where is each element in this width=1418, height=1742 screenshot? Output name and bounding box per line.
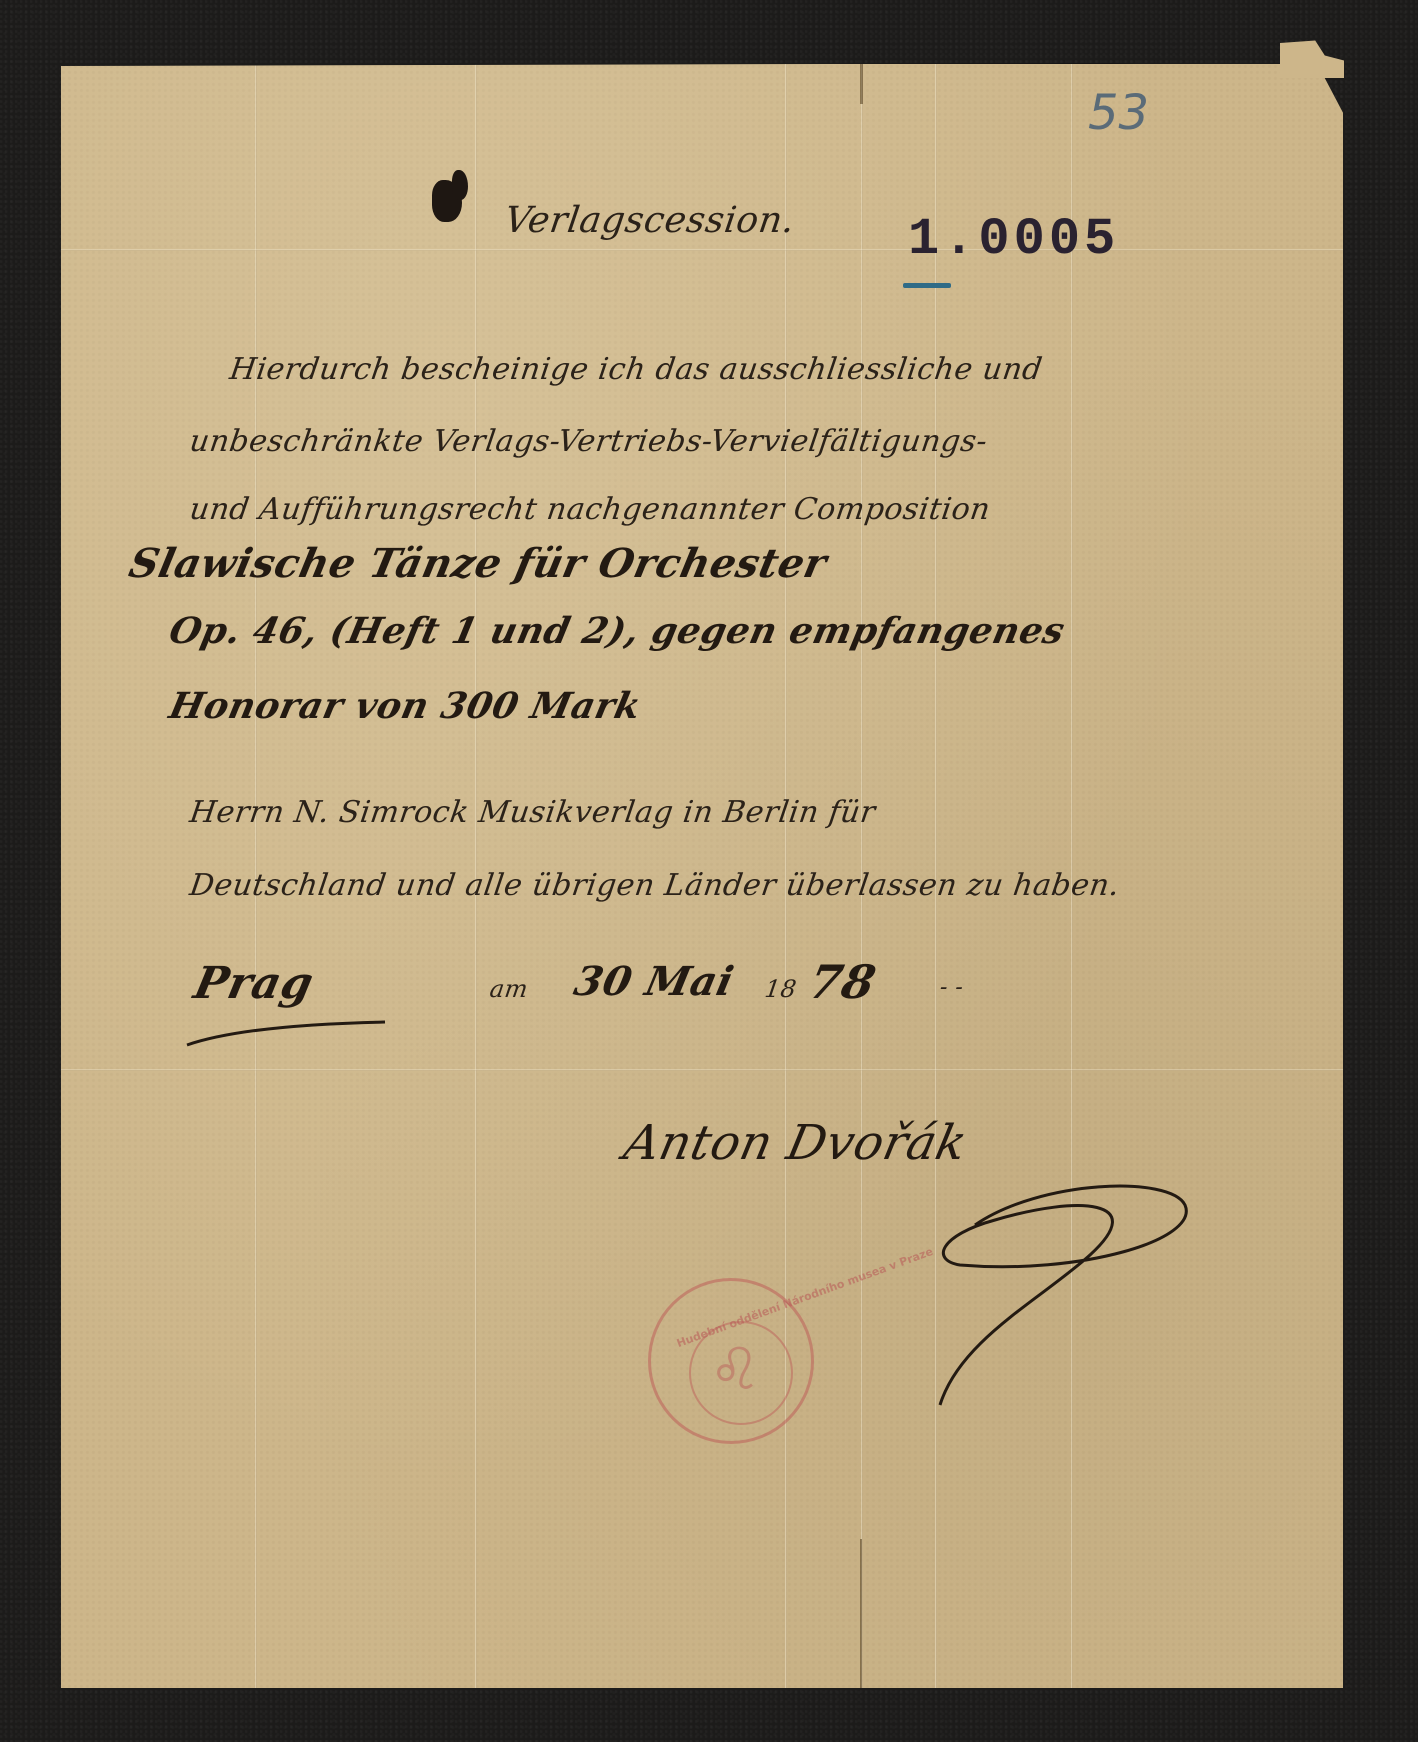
blue-pencil-mark <box>903 283 951 288</box>
year-suffix: 78 <box>804 955 880 1009</box>
signature-flourish <box>940 1180 1220 1430</box>
folio-number: 53 <box>1088 85 1149 141</box>
handwritten-line-3: Honorar von 300 Mark <box>166 685 645 727</box>
printed-line-5: Deutschland und alle übrigen Länder über… <box>188 868 1122 903</box>
ink-blot <box>452 170 468 200</box>
document-heading: Verlagscession. <box>502 200 797 241</box>
place: Prag <box>190 958 318 1009</box>
printed-line-4: Herrn N. Simrock Musikverlag in Berlin f… <box>188 795 878 830</box>
date-trailing: - - <box>938 975 965 1000</box>
registry-number: 1.0005 <box>908 210 1119 269</box>
museum-stamp: ♌ Hudební oddělení Národního musea v Pra… <box>648 1278 814 1444</box>
signature: Anton Dvořák <box>619 1115 972 1171</box>
paper-tear <box>860 1539 862 1689</box>
printed-line-3: und Aufführungsrecht nachgenannter Compo… <box>188 492 993 527</box>
handwritten-line-1: Slawische Tänze für Orchester <box>125 540 831 587</box>
paper-corner <box>1280 28 1344 78</box>
handwritten-line-2: Op. 46, (Heft 1 und 2), gegen empfangene… <box>166 610 1069 652</box>
printed-line-2: unbeschränkte Verlags-Vertriebs-Vervielf… <box>188 424 990 459</box>
paper-tear <box>860 64 863 104</box>
date-prefix: am <box>488 975 530 1003</box>
fold-line <box>61 1069 1343 1071</box>
printed-line-1: Hierdurch bescheinige ich das ausschlies… <box>228 352 1045 387</box>
fold-line <box>61 249 1343 251</box>
date-day-month: 30 Mai <box>570 958 738 1005</box>
place-underline <box>185 1010 425 1050</box>
lion-emblem-icon: ♌ <box>709 1335 761 1403</box>
year-prefix: 18 <box>763 975 798 1003</box>
